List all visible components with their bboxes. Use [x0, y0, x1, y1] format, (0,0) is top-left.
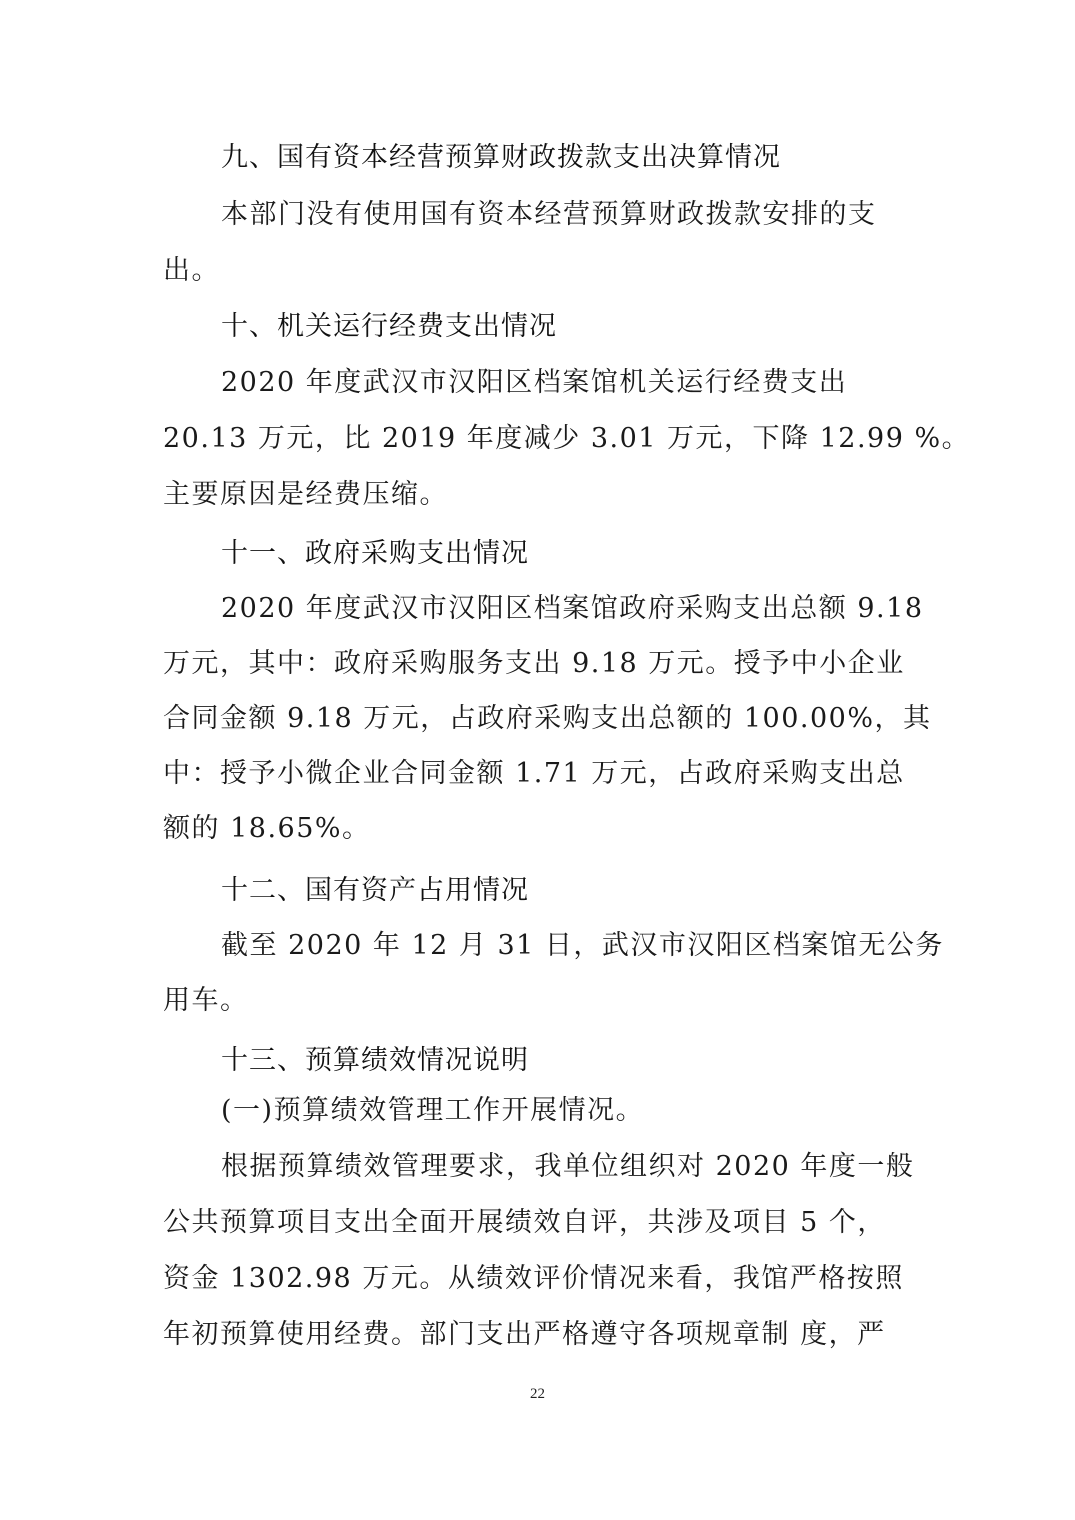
paragraph-line: 2020 年度武汉市汉阳区档案馆政府采购支出总额 9.18 [221, 591, 971, 627]
paragraph-line: 主要原因是经费压缩。 [163, 477, 913, 513]
paragraph-line: 额的 18.65%。 [163, 811, 913, 847]
paragraph-line: 根据预算绩效管理要求，我单位组织对 2020 年度一般 [221, 1149, 971, 1185]
paragraph-line: 年初预算使用经费。部门支出严格遵守各项规章制 度，严 [163, 1317, 913, 1353]
subsection-heading: (一)预算绩效管理工作开展情况。 [221, 1093, 971, 1129]
paragraph-line: 中：授予小微企业合同金额 1.71 万元，占政府采购支出总 [163, 756, 913, 792]
paragraph-line: 合同金额 9.18 万元，占政府采购支出总额的 100.00%，其 [163, 701, 913, 737]
paragraph-line: 万元，其中：政府采购服务支出 9.18 万元。授予中小企业 [163, 646, 913, 682]
section-heading-10: 十、机关运行经费支出情况 [221, 309, 971, 345]
section-heading-13: 十三、预算绩效情况说明 [221, 1043, 971, 1079]
paragraph-line: 本部门没有使用国有资本经营预算财政拨款安排的支 [221, 197, 971, 233]
page-number: 22 [0, 1386, 1075, 1403]
paragraph-line: 出。 [163, 253, 913, 289]
document-page: 九、国有资本经营预算财政拨款支出决算情况 本部门没有使用国有资本经营预算财政拨款… [0, 0, 1075, 1520]
paragraph-line: 20.13 万元，比 2019 年度减少 3.01 万元，下降 12.99 %。 [163, 421, 913, 457]
paragraph-line: 用车。 [163, 983, 913, 1019]
section-heading-11: 十一、政府采购支出情况 [221, 536, 971, 572]
section-heading-12: 十二、国有资产占用情况 [221, 873, 971, 909]
paragraph-line: 2020 年度武汉市汉阳区档案馆机关运行经费支出 [221, 365, 971, 401]
paragraph-line: 资金 1302.98 万元。从绩效评价情况来看，我馆严格按照 [163, 1261, 913, 1297]
paragraph-line: 截至 2020 年 12 月 31 日，武汉市汉阳区档案馆无公务 [221, 928, 971, 964]
section-heading-9: 九、国有资本经营预算财政拨款支出决算情况 [221, 140, 971, 176]
paragraph-line: 公共预算项目支出全面开展绩效自评，共涉及项目 5 个， [163, 1205, 913, 1241]
